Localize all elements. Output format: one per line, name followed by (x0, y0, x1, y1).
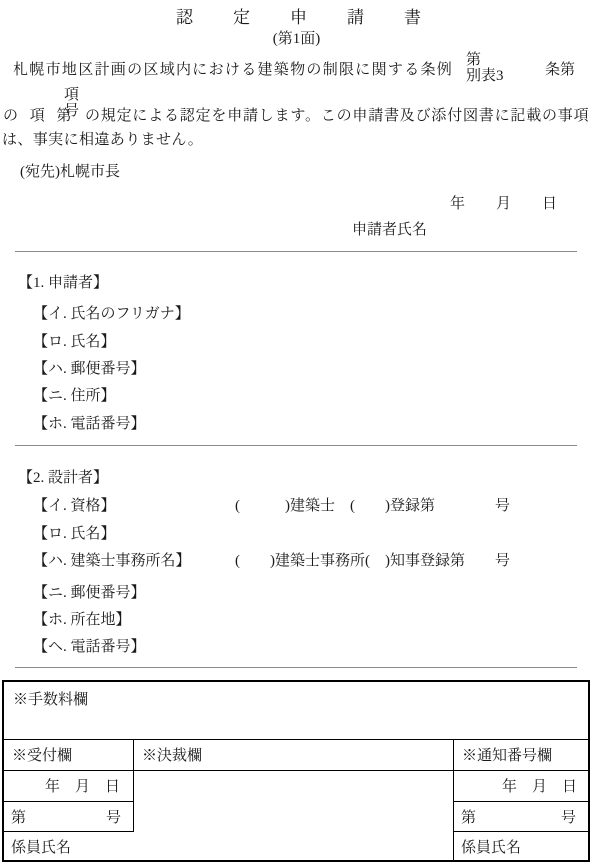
reception-number-cell: 第 号 (4, 802, 134, 832)
date-line: 年 月 日 (450, 192, 557, 213)
intro-line1-tail: 条第 (545, 58, 575, 79)
section2-item-postal-code: 【ニ. 郵便番号】 (33, 581, 146, 602)
notice-date-cell: 年 月 日 (454, 771, 588, 802)
qualification-fill-in: ( )建築士 ( )登録第 号 (235, 494, 510, 515)
intro-line3: は、事実に相違ありません。 (2, 128, 203, 149)
approval-stamp-area (134, 771, 454, 860)
section2-item-location: 【ホ. 所在地】 (33, 608, 131, 629)
fee-label: ※手数料欄 (13, 692, 88, 708)
document-title: 認定申請書 (0, 3, 593, 28)
section2-item-phone: 【ヘ. 電話番号】 (33, 635, 146, 656)
notice-number-cell: 第 号 (454, 802, 588, 832)
number-suffix-label: 号 (106, 806, 121, 831)
recipient-label: (宛先)札幌市長 (20, 160, 120, 181)
number-prefix-label: 第 (461, 806, 476, 831)
section2-item-office-name: 【ハ. 建築士事務所名】 (33, 549, 191, 570)
section2-heading: 【2. 設計者】 (18, 466, 108, 487)
intro-line1: 札幌市地区計画の区域内における建築物の制限に関する条例 (13, 58, 453, 79)
paragraph-item-alternative: 項号 (64, 87, 79, 119)
divider-line (15, 445, 577, 446)
divider-line (15, 251, 577, 252)
office-use-table-body: ※受付欄 ※決裁欄 ※通知番号欄 年 月 日 年 月 日 第 号 第 号 係員氏… (4, 740, 588, 860)
approval-header-cell: ※決裁欄 (134, 740, 454, 771)
reception-header-cell: ※受付欄 (4, 740, 134, 771)
reception-date-cell: 年 月 日 (4, 771, 134, 802)
ordinance-article-alternative: 第別表3 (466, 52, 504, 84)
month-label: 月 (496, 192, 511, 213)
number-prefix-label: 第 (11, 806, 26, 831)
section1-item-furigana: 【イ. 氏名のフリガナ】 (33, 302, 190, 323)
number-suffix-label: 号 (561, 806, 576, 831)
article-blank-label: 第 (466, 52, 481, 68)
section1-heading: 【1. 申請者】 (18, 271, 108, 292)
section2-item-name: 【ロ. 氏名】 (33, 522, 116, 543)
intro-line2: の規定による認定を申請します。この申請書及び添付図書に記載の事項 (85, 104, 589, 125)
section1-item-name: 【ロ. 氏名】 (33, 330, 116, 351)
office-use-table: ※手数料欄 ※受付欄 ※決裁欄 ※通知番号欄 年 月 日 年 月 日 第 号 第… (2, 680, 590, 862)
section1-item-phone: 【ホ. 電話番号】 (33, 412, 146, 433)
notice-staff-name-cell: 係員氏名 (454, 832, 588, 860)
appendix-label: 別表3 (466, 68, 504, 84)
page-number-label: (第1面) (0, 27, 593, 48)
applicant-signature-label: 申請者氏名 (352, 218, 427, 239)
reception-staff-name-cell: 係員氏名 (4, 832, 134, 860)
section1-item-address: 【ニ. 住所】 (33, 384, 116, 405)
fee-cell: ※手数料欄 (4, 682, 588, 740)
notice-number-header-cell: ※通知番号欄 (454, 740, 588, 771)
year-label: 年 (450, 192, 465, 213)
day-label: 日 (542, 192, 557, 213)
section1-item-postal-code: 【ハ. 郵便番号】 (33, 357, 146, 378)
section2-item-qualification: 【イ. 資格】 (33, 494, 116, 515)
paragraph-label: 項 (64, 87, 79, 103)
divider-line (15, 667, 577, 668)
item-label: 号 (64, 103, 79, 119)
office-registration-fill-in: ( )建築士事務所( )知事登録第 号 (235, 549, 510, 570)
